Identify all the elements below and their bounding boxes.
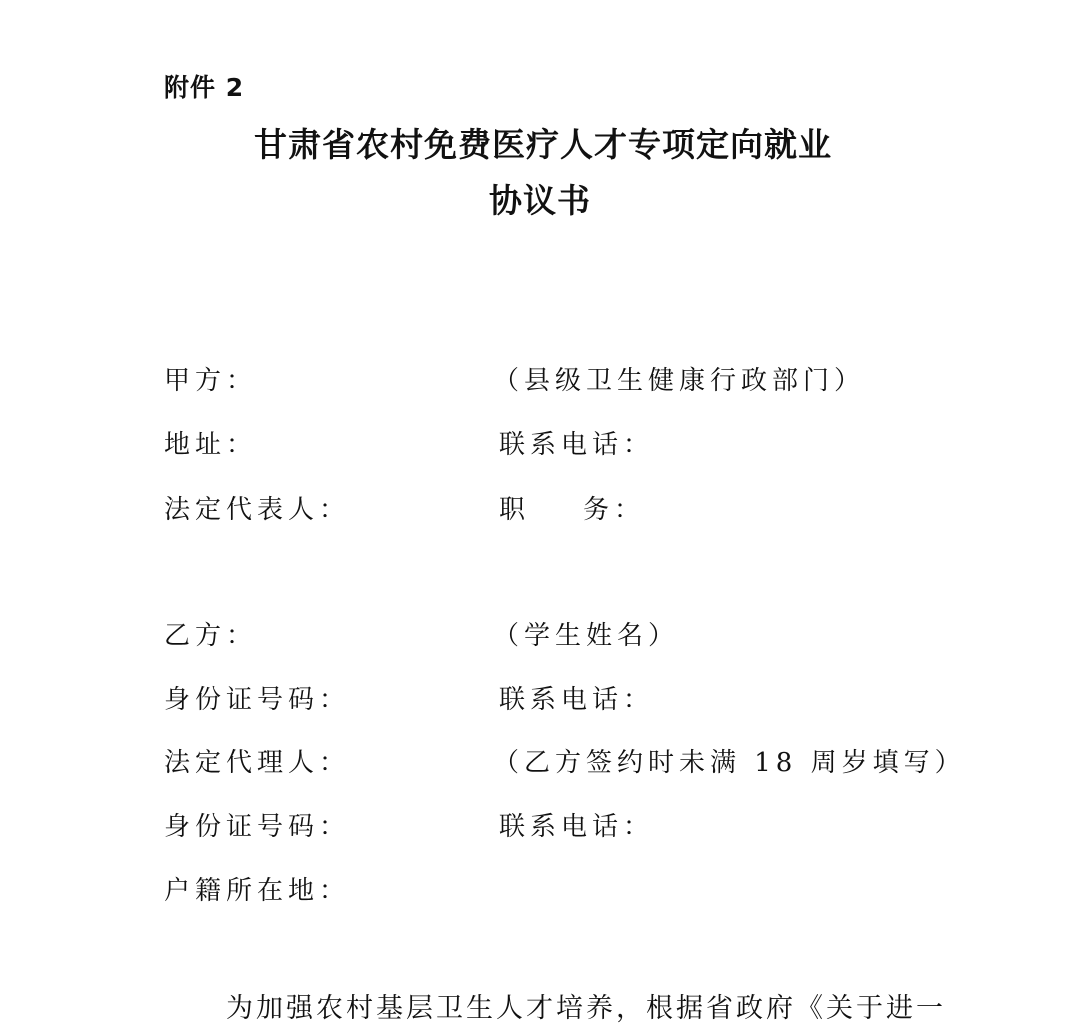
party-b-phone-label: 联系电话： bbox=[499, 683, 654, 717]
party-b-value: （学生姓名） bbox=[493, 619, 679, 653]
document-subtitle: 协议书 bbox=[0, 175, 1080, 222]
party-a-label: 甲方： bbox=[164, 364, 257, 398]
guardian-id-label: 身份证号码： bbox=[164, 810, 350, 844]
party-b-id-label: 身份证号码： bbox=[164, 683, 350, 717]
guardian-phone-label: 联系电话： bbox=[499, 810, 654, 844]
party-a-address-label: 地址： bbox=[164, 428, 257, 462]
party-a-position-label: 职 务： bbox=[499, 493, 645, 527]
party-b-label: 乙方： bbox=[164, 619, 257, 653]
attachment-label: 附件 2 bbox=[164, 68, 244, 104]
party-a-phone-label: 联系电话： bbox=[499, 428, 654, 462]
party-a-legal-rep-label: 法定代表人： bbox=[164, 493, 350, 527]
household-label: 户籍所在地： bbox=[164, 874, 350, 908]
guardian-label: 法定代理人： bbox=[164, 746, 350, 780]
guardian-value: （乙方签约时未满 18 周岁填写） bbox=[493, 746, 966, 780]
document-title: 甘肃省农村免费医疗人才专项定向就业 bbox=[0, 119, 1080, 166]
body-paragraph: 为加强农村基层卫生人才培养，根据省政府《关于进一 bbox=[226, 986, 946, 1025]
party-a-value: （县级卫生健康行政部门） bbox=[493, 364, 865, 398]
